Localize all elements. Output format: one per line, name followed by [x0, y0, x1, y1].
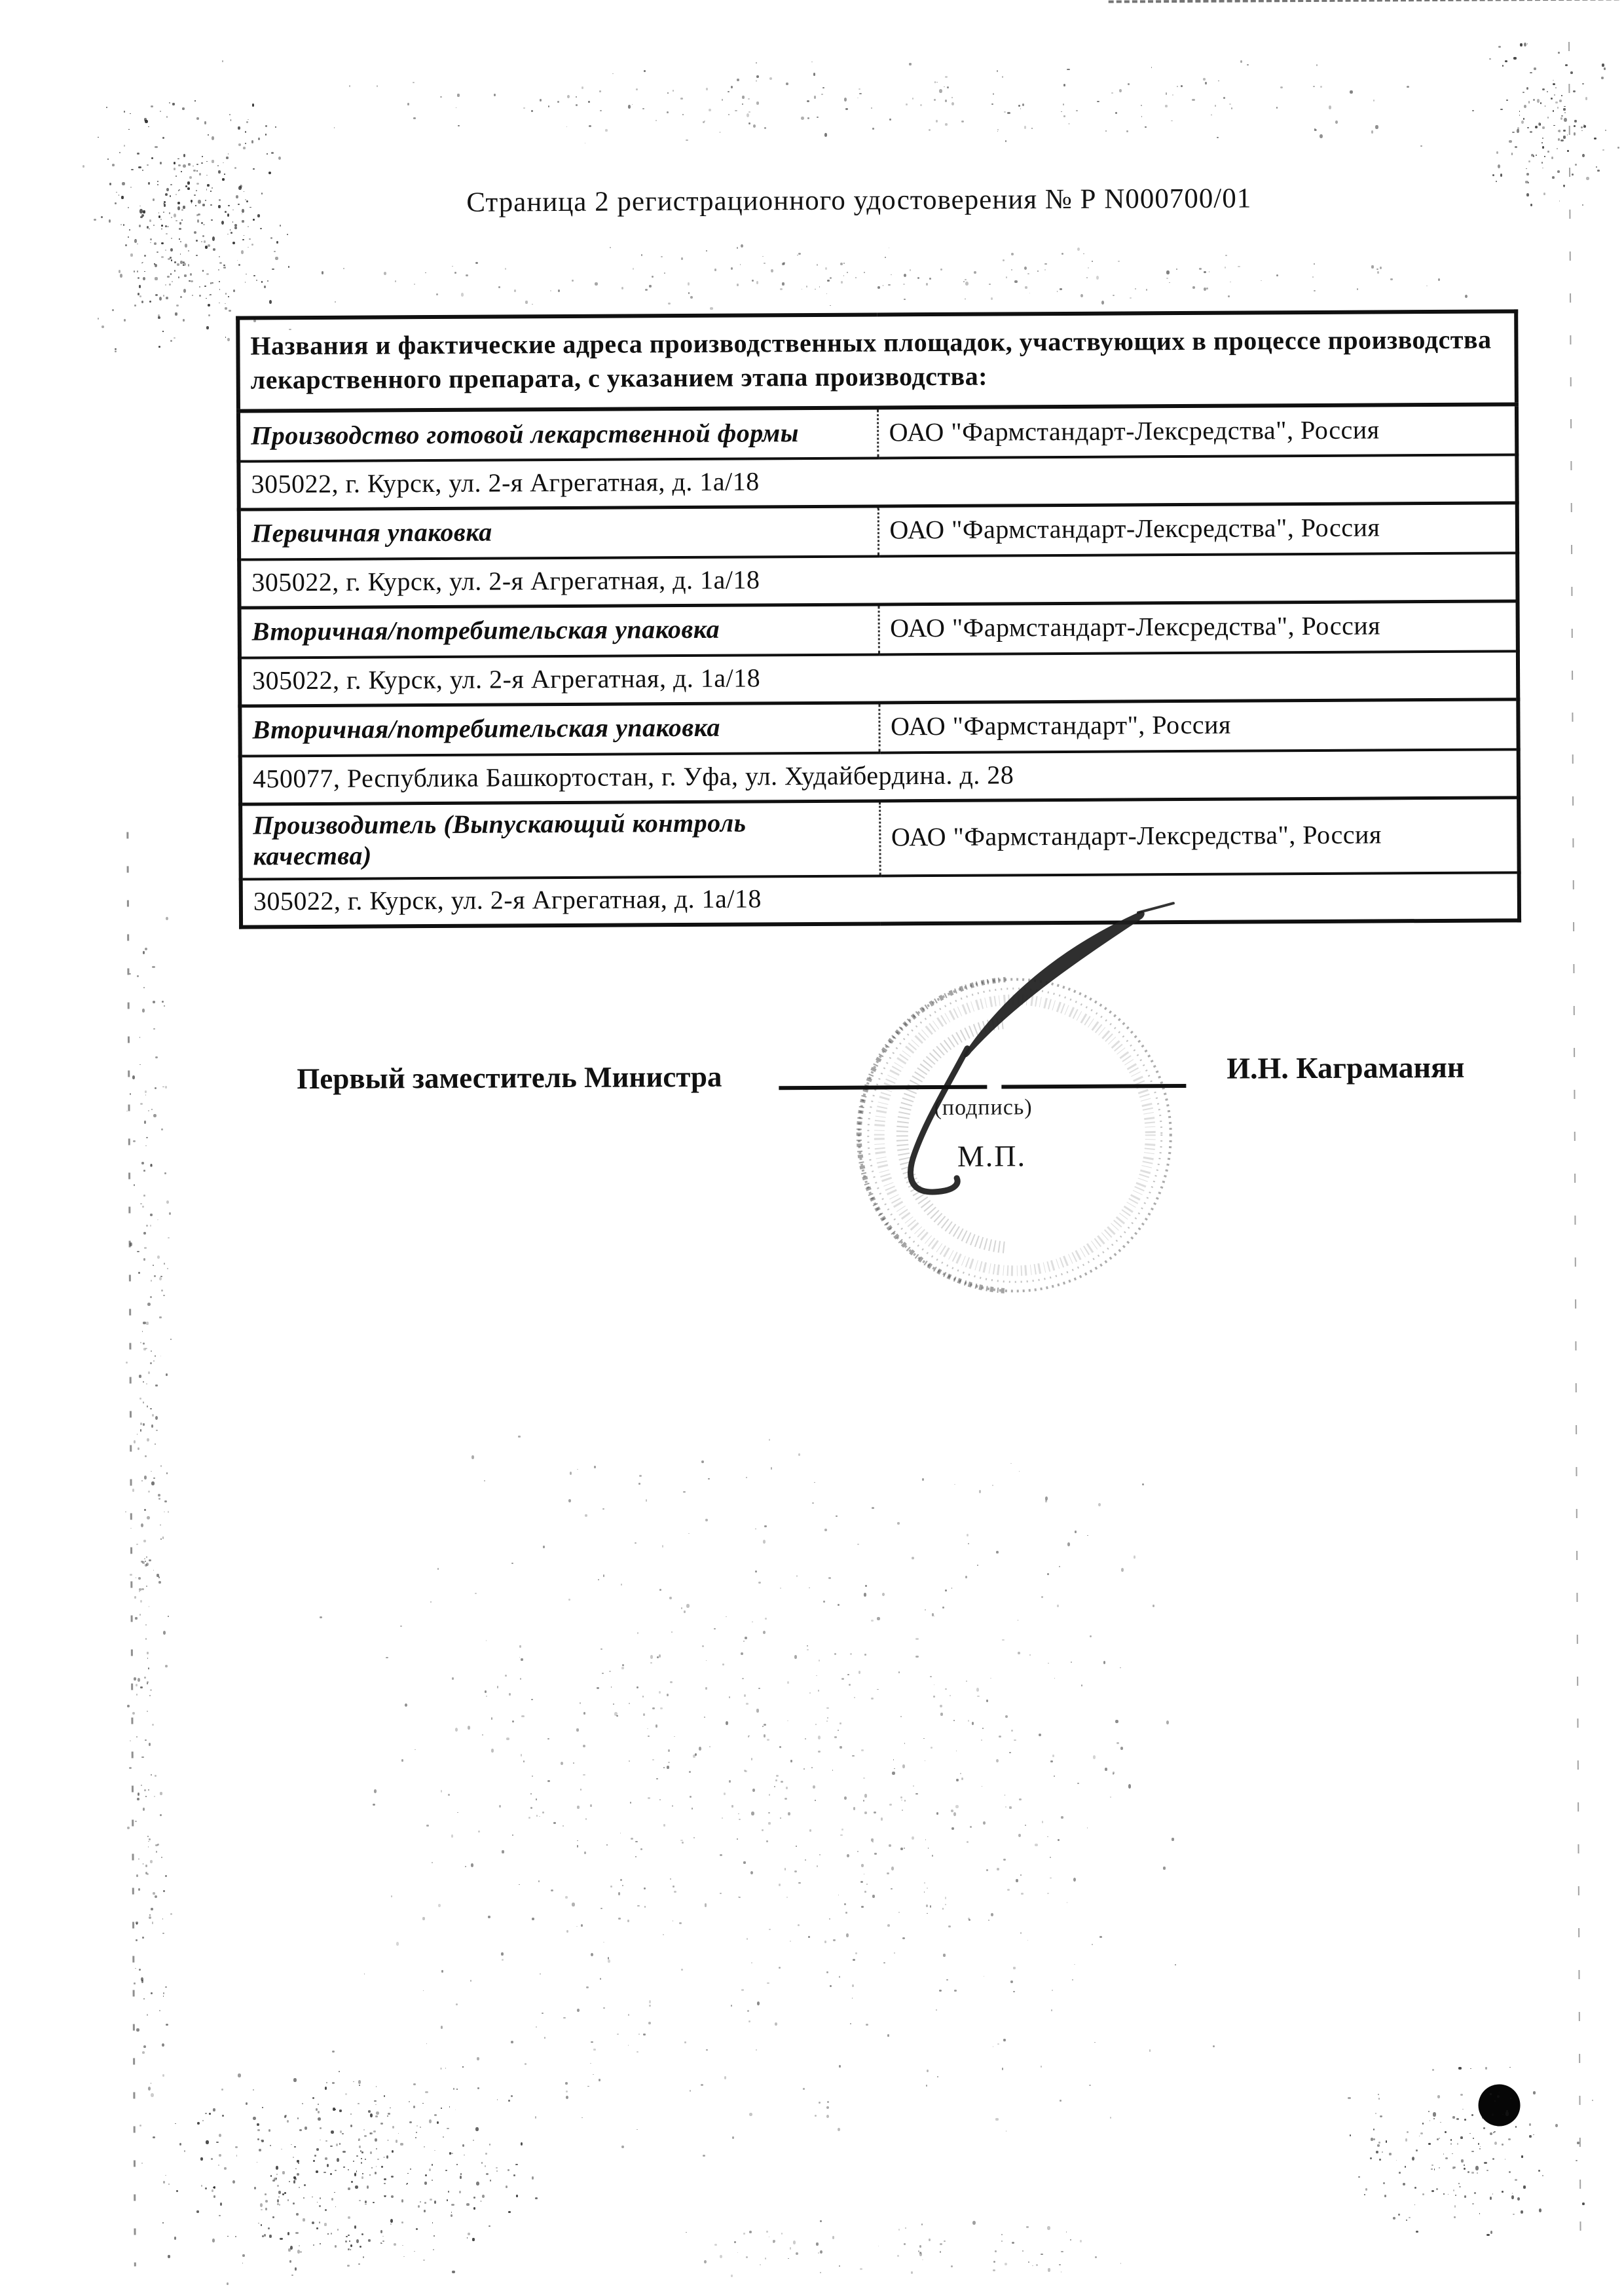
table-row: Первичная упаковка ОАО "Фармстандарт-Лек… [239, 502, 1517, 559]
company-cell: ОАО "Фармстандарт-Лексредства", Россия [879, 601, 1518, 654]
company-cell: ОАО "Фармстандарт", Россия [879, 699, 1518, 753]
scanned-certificate-page: Страница 2 регистрационного удостоверени… [0, 0, 1624, 2287]
table-row: Вторичная/потребительская упаковка ОАО "… [240, 601, 1518, 658]
stage-cell: Вторичная/потребительская упаковка [240, 702, 879, 756]
ink-blot-dot [1478, 2084, 1520, 2126]
address-cell: 450077, Республика Башкортостан, г. Уфа,… [240, 749, 1519, 804]
stage-cell: Производство готовой лекарственной формы [238, 407, 877, 461]
table-row: 450077, Республика Башкортостан, г. Уфа,… [240, 749, 1519, 804]
company-cell: ОАО "Фармстандарт-Лексредства", Россия [878, 502, 1517, 556]
scan-edge-dashes [1109, 0, 1619, 3]
signature-stroke [1138, 903, 1173, 912]
table-row: 305022, г. Курск, ул. 2-я Агрегатная, д.… [238, 455, 1517, 509]
table-row: Вторичная/потребительская упаковка ОАО "… [240, 699, 1518, 756]
table-row: 305022, г. Курск, ул. 2-я Агрегатная, д.… [239, 553, 1517, 607]
company-cell: ОАО "Фармстандарт-Лексредства", Россия [879, 797, 1519, 876]
table-row: Производитель (Выпускающий контроль каче… [240, 797, 1519, 879]
scan-edge-line [126, 832, 136, 2266]
address-cell: 305022, г. Курск, ул. 2-я Агрегатная, д.… [240, 651, 1518, 705]
stage-cell: Вторичная/потребительская упаковка [240, 604, 879, 658]
stamp-inner-ring [868, 988, 1162, 1282]
stamp-inner-arc [902, 1022, 1128, 1248]
signatory-title: Первый заместитель Министра [297, 1060, 722, 1096]
signature-stroke [963, 911, 1145, 1057]
stage-cell: Производитель (Выпускающий контроль каче… [240, 800, 880, 879]
scan-content: Страница 2 регистрационного удостоверени… [0, 0, 1624, 2287]
address-cell: 305022, г. Курск, ул. 2-я Агрегатная, д.… [238, 455, 1517, 509]
company-cell: ОАО "Фармстандарт-Лексредства", Россия [877, 404, 1517, 458]
table-row: Производство готовой лекарственной формы… [238, 404, 1517, 461]
stamp-rim-dark-arc [858, 978, 1172, 1292]
address-cell: 305022, г. Курск, ул. 2-я Агрегатная, д.… [239, 553, 1517, 607]
table-row: 305022, г. Курск, ул. 2-я Агрегатная, д.… [240, 651, 1518, 705]
table-header: Названия и фактические адреса производст… [238, 311, 1517, 411]
table-header-row: Названия и фактические адреса производст… [238, 311, 1517, 411]
scan-edge-line [1568, 42, 1581, 2242]
production-sites-table: Названия и фактические адреса производст… [236, 309, 1521, 929]
signature-caption: (подпись) [934, 1095, 1032, 1121]
seal-place-mark: М.П. [957, 1138, 1026, 1174]
stage-cell: Первичная упаковка [239, 506, 878, 559]
signatory-name: И.Н. Каграманян [1227, 1050, 1464, 1086]
page-title: Страница 2 регистрационного удостоверени… [466, 182, 1251, 218]
